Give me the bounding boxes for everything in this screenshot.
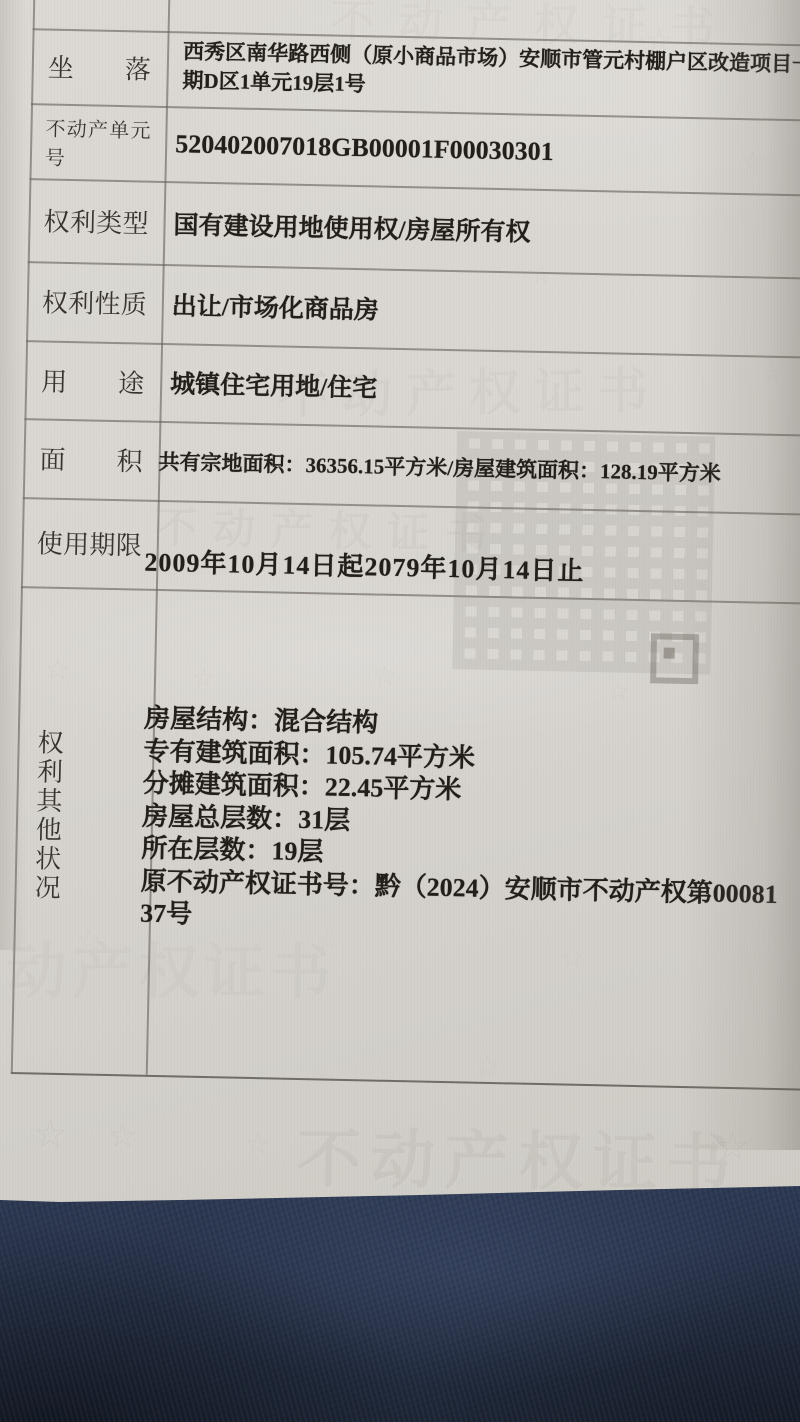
label-char: 途 <box>118 363 145 401</box>
document-page: 不动产权证书 不动产权证书 不动产权证书 不动产权证书 不动产权证书 ☆ ☆ ☆… <box>0 0 800 1202</box>
star-watermark-icon: ☆ <box>561 943 585 973</box>
row-purpose-label: 用途 <box>24 340 161 421</box>
right-type-value: 国有建设用地使用权/房屋所有权 <box>173 181 532 277</box>
star-watermark-icon: ☆ <box>32 1110 69 1158</box>
label-text: 不动产单元号 <box>30 112 166 173</box>
star-watermark-icon: ☆ <box>530 261 552 290</box>
star-watermark-icon: ☆ <box>372 659 398 694</box>
label-char: 落 <box>124 49 151 87</box>
label-char: 用 <box>41 361 68 399</box>
row-location-label: 坐落 <box>31 28 168 106</box>
page-edge-shadow <box>0 0 26 950</box>
label-text: 权利类型 <box>28 201 164 241</box>
qr-finder-dot <box>664 648 675 659</box>
label-char: 坐 <box>47 48 74 86</box>
row-other-status-label: 权利其他状况 <box>31 728 67 903</box>
right-nature-value: 出让/市场化商品房 <box>171 264 380 353</box>
star-watermark-icon: ☆ <box>44 653 72 689</box>
label-char: 积 <box>116 441 143 479</box>
row-area-label: 面积 <box>23 418 160 500</box>
row-right-nature-label: 权利性质 <box>26 261 163 343</box>
label-char: 面 <box>39 439 66 477</box>
star-watermark-icon: ☆ <box>607 676 631 706</box>
star-watermark-icon: ☆ <box>107 1116 138 1157</box>
row-use-term-label: 使用期限 <box>21 497 158 589</box>
star-watermark-icon: ☆ <box>192 664 216 694</box>
photo-of-certificate: { "colors": { "paper": "#d8d5d0", "fabri… <box>0 0 800 1422</box>
page-curl-shadow <box>680 0 800 1150</box>
use-term-value: 2009年10月14日起2079年10月14日止 <box>144 542 585 588</box>
embossed-watermark-text: 不动产权证书 <box>0 924 337 1011</box>
row-unit-number-label: 不动产单元号 <box>29 103 166 181</box>
star-watermark-icon: ☆ <box>474 1050 502 1086</box>
unit-number-value: 520402007018GB00001F00030301 <box>174 106 554 189</box>
purpose-value: 城镇住宅用地/住宅 <box>169 343 378 425</box>
area-value: 共有宗地面积：36356.15平方米/房屋建筑面积：128.19平方米 <box>158 421 722 512</box>
fabric-background <box>0 1183 800 1422</box>
star-watermark-icon: ☆ <box>244 1127 272 1163</box>
label-text: 使用期限 <box>21 523 157 563</box>
star-watermark-icon: ☆ <box>76 923 102 958</box>
label-text: 权利性质 <box>27 282 163 322</box>
row-right-type-label: 权利类型 <box>28 178 165 264</box>
